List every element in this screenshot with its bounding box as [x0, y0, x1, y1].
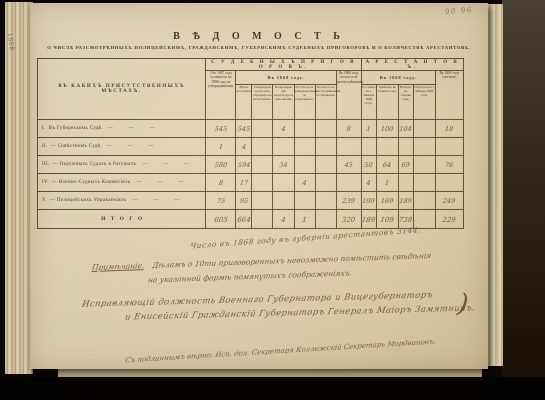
cell-value: 45: [335, 156, 362, 174]
cell-value: [314, 210, 337, 229]
cell-value: [251, 174, 274, 192]
cell-value: [251, 192, 274, 210]
column-header-in-1868: Въ 1868 году.: [236, 71, 336, 85]
cell-value: 545: [235, 120, 253, 138]
cell-value: 1: [375, 174, 399, 192]
cell-value: [251, 210, 274, 229]
cell-value: 4: [272, 210, 295, 229]
remark-text: Дѣламъ о 10ти приговоренныхъ невозможно …: [152, 251, 432, 270]
cell-value: 4: [235, 138, 253, 156]
cell-value: [434, 174, 464, 192]
remark-label: Примѣчаніе.: [91, 261, 145, 272]
column-header-remaining-1867: Отъ 1867 года оставалось въ 1868 году не…: [206, 71, 236, 120]
page-stack-right: [487, 4, 503, 366]
table-row: V.— Полицейскихъ Управленіяхъ— — —759523…: [38, 192, 464, 210]
column-header-prisoners-1868: Въ 1868 году.: [361, 71, 435, 85]
cell-value: 4: [272, 120, 295, 138]
cell-value: 34: [272, 156, 295, 174]
cell-value: 8: [205, 174, 237, 192]
cell-value: [412, 156, 436, 174]
table-body: I.Въ Губернскомъ Судѣ— — —54554548110010…: [38, 120, 464, 210]
archival-photo: 1868 90 96 В Ѣ Д О М О С Т Ь О ЧИСЛѢ РАЗ…: [0, 0, 545, 400]
page-stack-left: [5, 2, 33, 374]
table-row: IV.— Военно-Судныхъ Коммисіяхъ— — —81744…: [38, 174, 464, 192]
cell-value: 545: [205, 120, 237, 138]
subcolumn-header: Осталось не утвержденными за перепискою.: [294, 85, 315, 120]
subcolumn-header: Утверждено и изъ нихъ обращено къ исполн…: [252, 85, 273, 120]
row-label: И Т О Г О: [38, 210, 206, 229]
signature-flourish: ): [456, 288, 470, 319]
column-header-in-1869: Въ 1869 году состоитъ.: [435, 71, 463, 120]
cell-value: 1: [205, 138, 237, 156]
cell-value: 320: [335, 210, 362, 229]
cell-value: [314, 138, 337, 156]
cell-value: [314, 174, 337, 192]
cell-value: 4: [293, 174, 316, 192]
cell-value: 95: [235, 192, 253, 210]
table-row: III.— Окружныхъ Судахъ и Ратушахъ— — —58…: [38, 156, 464, 174]
cell-value: [412, 192, 436, 210]
handwritten-remark-line2: на указанной формѣ помянутыхъ соображені…: [147, 268, 352, 284]
cell-value: [293, 156, 316, 174]
cell-value: [335, 174, 362, 192]
table-row: II.— Совѣстномъ Судѣ— — —14: [38, 138, 464, 156]
cell-value: [335, 138, 362, 156]
cell-value: 109: [375, 210, 399, 229]
total-row: И Т О Г О60566441320189109738229: [38, 210, 464, 229]
subcolumn-header: Возвращено для пересмотра и дополненія.: [273, 85, 294, 120]
cell-value: [314, 156, 337, 174]
cell-value: 76: [434, 156, 464, 174]
cell-value: [272, 174, 295, 192]
cell-value: [293, 192, 316, 210]
statistics-table: ВЪ КАКИХЪ ПРИСУТСТВЕННЫХЪ МѢСТАХЪ. С У Д…: [37, 58, 464, 229]
cell-value: [412, 174, 436, 192]
subcolumn-header: Вновь поступило.: [236, 85, 252, 120]
column-header-places: ВЪ КАКИХЪ ПРИСУТСТВЕННЫХЪ МѢСТАХЪ.: [38, 59, 206, 120]
cell-value: [293, 120, 316, 138]
book-cover-edge: [502, 0, 545, 400]
cell-value: 580: [205, 156, 237, 174]
handwritten-remark-line1: Примѣчаніе.Дѣламъ о 10ти приговоренныхъ …: [91, 251, 431, 272]
row-label: IV.— Военно-Судныхъ Коммисіяхъ— — —: [38, 174, 206, 192]
document-title: В Ѣ Д О М О С Т Ь: [30, 31, 488, 42]
cell-value: [412, 120, 436, 138]
subcolumn-header: Выбыло въ теченіе года.: [398, 85, 413, 120]
group-header-sentences: С У Д Е Б Н Ы Х Ъ П Р И Г О В О Р О В Ъ.: [206, 59, 361, 71]
cell-value: 605: [205, 210, 237, 229]
row-label: III.— Окружныхъ Судахъ и Ратушахъ— — —: [38, 156, 206, 174]
cell-value: 239: [335, 192, 362, 210]
cell-value: 64: [375, 156, 399, 174]
page-number-pencil: 90 96: [445, 5, 474, 16]
cell-value: 18: [434, 120, 464, 138]
subcolumn-header: Осталось къ 1 Января 1869 года.: [413, 85, 435, 120]
attestation-line: Съ подлиннымъ вѣрно: Исп. дол. Секретаря…: [125, 337, 437, 364]
row-label: V.— Полицейскихъ Управленіяхъ— — —: [38, 192, 206, 210]
cell-value: 169: [375, 192, 399, 210]
subcolumn-header: Состояло къ 1 Января 1868 года.: [361, 85, 376, 120]
cell-value: [251, 156, 274, 174]
table-header: ВЪ КАКИХЪ ПРИСУТСТВЕННЫХЪ МѢСТАХЪ. С У Д…: [38, 59, 464, 120]
cell-value: 17: [235, 174, 253, 192]
cell-value: [314, 192, 337, 210]
cell-value: 1: [293, 210, 316, 229]
cell-value: 8: [335, 120, 362, 138]
cell-value: 75: [205, 192, 237, 210]
cell-value: 664: [235, 210, 253, 229]
cell-value: [412, 138, 436, 156]
subcolumn-header: Осталось не разсмотрѣнными за справками.: [315, 85, 336, 120]
cell-value: 594: [235, 156, 253, 174]
cell-value: [272, 138, 295, 156]
cell-value: [375, 138, 399, 156]
subcolumn-header: Прибыло въ теченіе года.: [376, 85, 398, 120]
table-total: И Т О Г О60566441320189109738229: [38, 210, 464, 229]
table-row: I.Въ Губернскомъ Судѣ— — —54554548110010…: [38, 120, 464, 138]
cell-value: [272, 192, 295, 210]
photo-shadow: [0, 377, 545, 400]
row-label: I.Въ Губернскомъ Судѣ— — —: [38, 120, 206, 138]
cell-value: [293, 138, 316, 156]
column-header-unreviewed: Въ 1868 году осталось не разсмотрѣнными.: [336, 71, 361, 120]
row-label: II.— Совѣстномъ Судѣ— — —: [38, 138, 206, 156]
cell-value: [434, 138, 464, 156]
cell-value: [251, 138, 274, 156]
ledger-page: 90 96 В Ѣ Д О М О С Т Ь О ЧИСЛѢ РАЗСМОТР…: [30, 3, 488, 369]
group-header-prisoners: А Р Е С Т А Н Т О В Ъ.: [361, 59, 463, 71]
document-subtitle: О ЧИСЛѢ РАЗСМОТРѢННЫХЪ ПОЛИЦЕЙСКИМЪ, ГРА…: [40, 45, 478, 50]
cell-value: 100: [375, 120, 399, 138]
cell-value: [251, 120, 274, 138]
cell-value: 249: [434, 192, 464, 210]
cell-value: [314, 120, 337, 138]
